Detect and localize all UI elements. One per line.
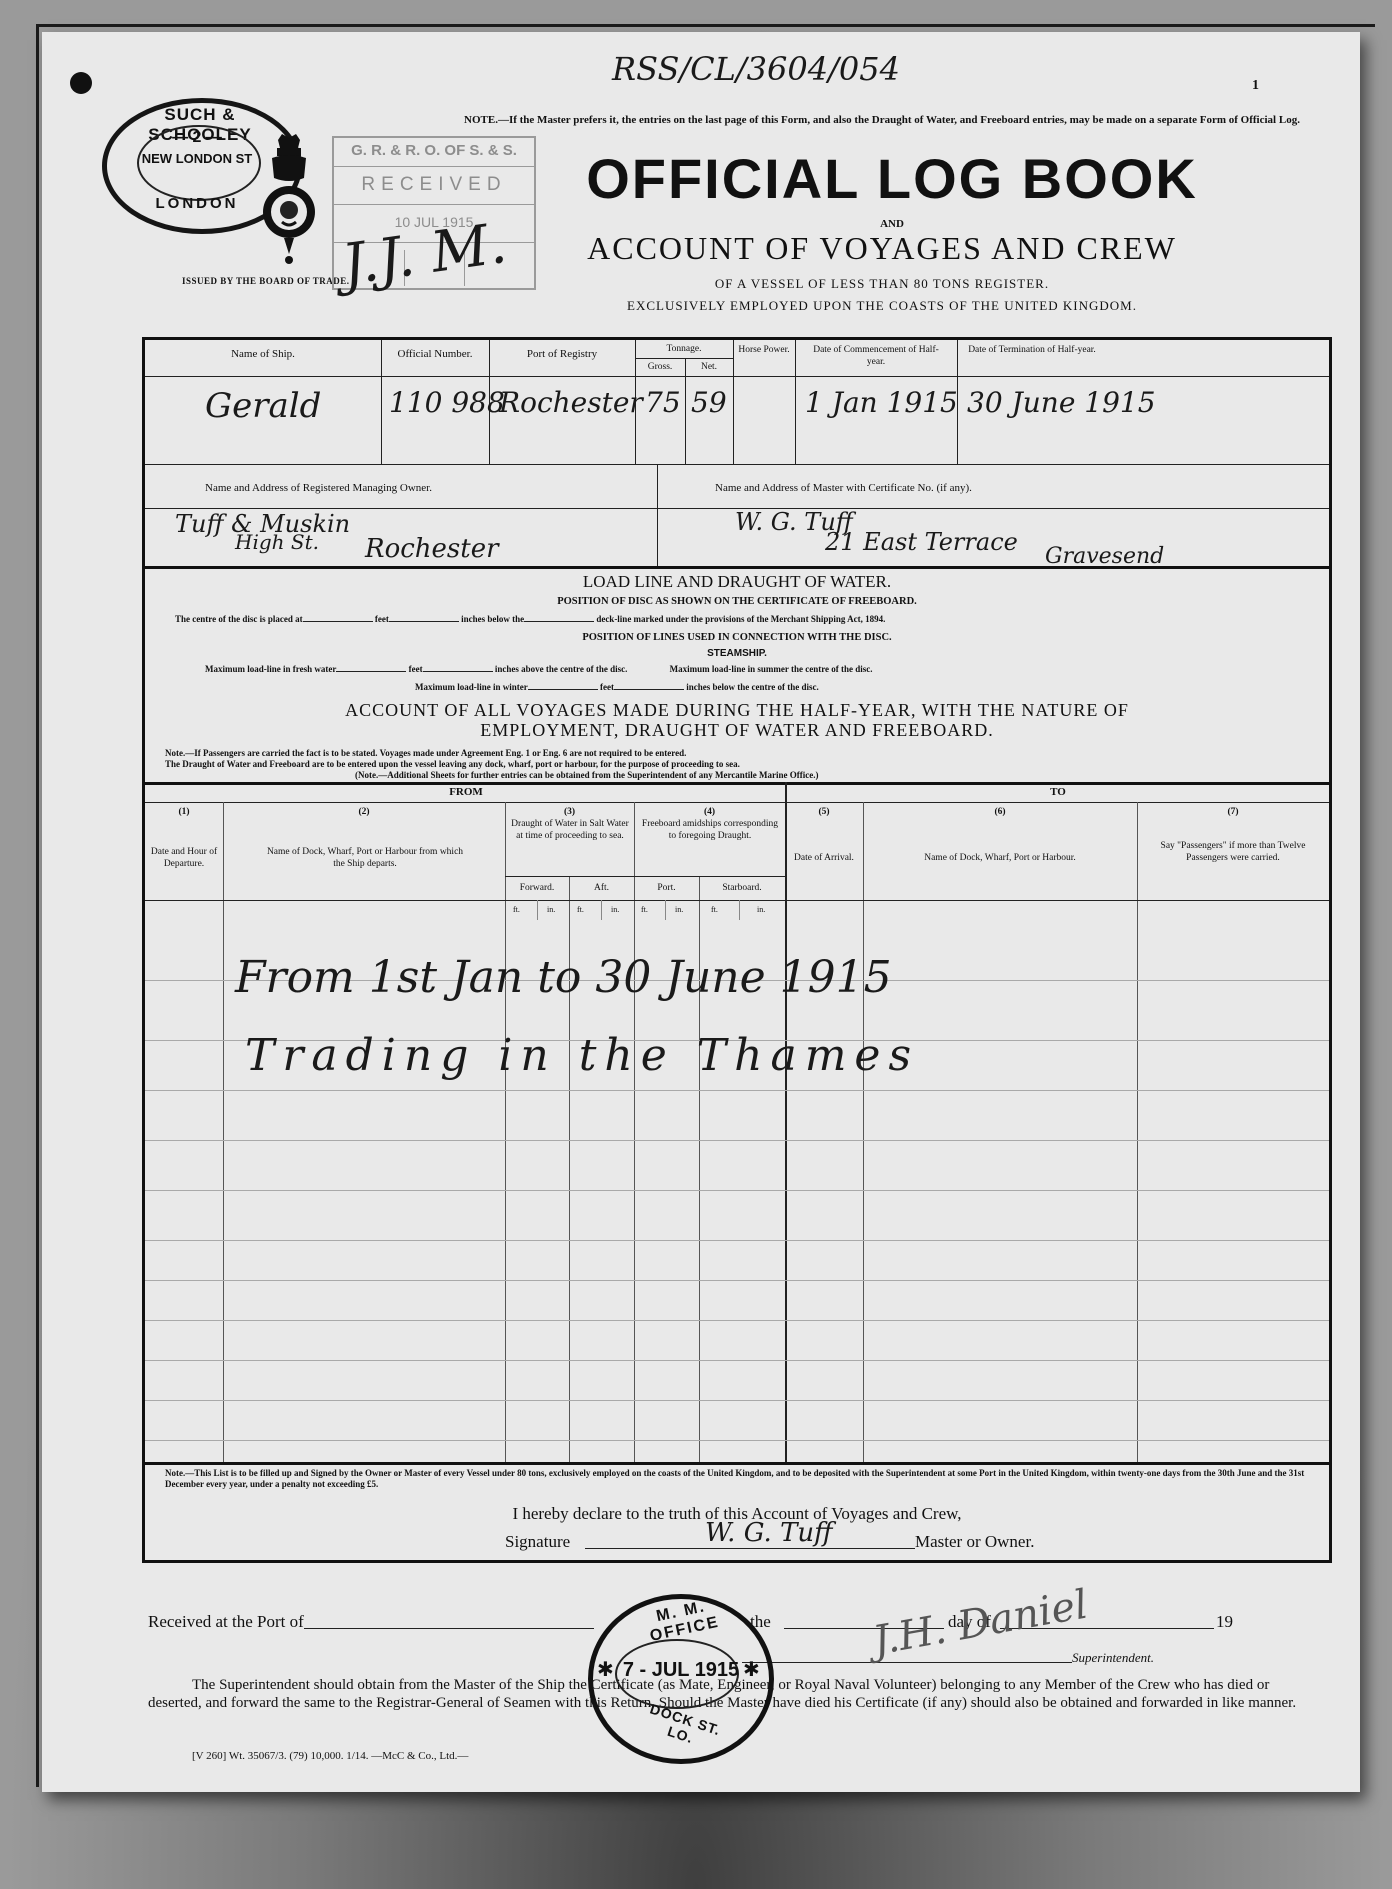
col-1-label: Date and Hour of Departure. xyxy=(149,846,219,870)
signature-value: W. G. Tuff xyxy=(705,1518,833,1548)
col-3-num: (3) xyxy=(505,806,634,818)
winter-line: Maximum load-line in winter feet inches … xyxy=(415,682,1215,692)
title-and: AND xyxy=(512,218,1272,230)
voyages-note-2: The Draught of Water and Freeboard are t… xyxy=(165,759,740,769)
fresh-feet-field[interactable] xyxy=(336,671,406,672)
master-label: Name and Address of Master with Certific… xyxy=(715,482,1155,495)
master-address-value: 21 East Terrace xyxy=(825,528,1018,556)
col-5-label: Date of Arrival. xyxy=(793,852,855,864)
owner-street-value: High St. xyxy=(235,530,319,554)
col-4-label: Freeboard amidships corresponding to for… xyxy=(638,818,782,842)
unit-ft: ft. xyxy=(711,904,718,916)
header-name-of-ship: Name of Ship. xyxy=(145,348,381,361)
form-frame: Name of Ship. Official Number. Port of R… xyxy=(142,337,1332,1563)
disc-feet-field[interactable] xyxy=(303,621,373,622)
superintendent-signature-line[interactable] xyxy=(742,1662,1072,1663)
issued-by-label: ISSUED BY THE BOARD OF TRADE. xyxy=(182,276,350,286)
disc-inches-field[interactable] xyxy=(389,621,459,622)
col-2-num: (2) xyxy=(223,806,505,818)
royal-crest-icon xyxy=(260,132,318,282)
disc-line-text-d: deck-line marked under the provisions of… xyxy=(596,614,885,624)
page-title: OFFICIAL LOG BOOK xyxy=(512,146,1272,211)
disc-line-text-a: The centre of the disc is placed at xyxy=(175,614,303,624)
sub-port: Port. xyxy=(634,882,699,894)
header-horse-power: Horse Power. xyxy=(733,344,795,356)
unit-ft: ft. xyxy=(513,904,520,916)
fresh-water-line: Maximum load-line in fresh water feet in… xyxy=(205,664,1315,674)
col-5-num: (5) xyxy=(785,806,863,818)
master-or-owner-label: Master or Owner. xyxy=(915,1532,1034,1552)
archive-reference: RSS/CL/3604/054 xyxy=(612,50,900,88)
unit-ft: ft. xyxy=(641,904,648,916)
superintendent-label: Superintendent. xyxy=(1072,1650,1154,1666)
disc-line-text-b: feet xyxy=(375,614,389,624)
disc-position-line: The centre of the disc is placed at feet… xyxy=(175,614,1325,624)
lines-heading: POSITION OF LINES USED IN CONNECTION WIT… xyxy=(145,632,1329,643)
punch-hole xyxy=(70,72,92,94)
received-stamp-office: G. R. & R. O. OF S. & S. xyxy=(334,142,534,167)
winter-text-b: feet xyxy=(600,682,614,692)
fresh-text-b: feet xyxy=(409,664,423,674)
header-tonnage: Tonnage. xyxy=(635,343,733,355)
voyages-title-line1: ACCOUNT OF ALL VOYAGES MADE DURING THE H… xyxy=(145,700,1329,721)
col-2-label: Name of Dock, Wharf, Port or Harbour fro… xyxy=(265,846,465,870)
fresh-text-c: inches above the centre of the disc. xyxy=(495,664,628,674)
commencement-date-value: 1 Jan 1915 xyxy=(805,386,958,419)
signature-label: Signature xyxy=(505,1532,570,1552)
ship-name-value: Gerald xyxy=(205,386,321,426)
voyage-entry-period: From 1st Jan to 30 June 1915 xyxy=(235,952,892,1003)
owner-town-value: Rochester xyxy=(365,534,499,564)
winter-inches-field[interactable] xyxy=(614,689,684,690)
port-of-registry-value: Rochester xyxy=(499,386,643,419)
header-date-termination: Date of Termination of Half-year. xyxy=(967,344,1097,356)
to-heading: TO xyxy=(787,786,1329,798)
header-gross: Gross. xyxy=(635,361,685,373)
received-port-field[interactable] xyxy=(304,1628,594,1629)
disc-deck-field[interactable] xyxy=(524,621,594,622)
sub-aft: Aft. xyxy=(569,882,634,894)
col-1-num: (1) xyxy=(145,806,223,818)
unit-ft: ft. xyxy=(577,904,584,916)
winter-feet-field[interactable] xyxy=(528,689,598,690)
printer-line: [V 260] Wt. 35067/3. (79) 10,000. 1/14. … xyxy=(192,1750,468,1762)
col-4-num: (4) xyxy=(634,806,785,818)
voyage-entry-employment: Trading in the Thames xyxy=(245,1030,919,1081)
termination-date-value: 30 June 1915 xyxy=(967,386,1156,419)
mercantile-marine-office-postmark: M. M. OFFICE ✱ 7 - JUL 1915 ✱ DOCK ST. L… xyxy=(588,1594,774,1764)
header-official-number: Official Number. xyxy=(381,348,489,361)
fresh-inches-field[interactable] xyxy=(423,671,493,672)
employment-note: EXCLUSIVELY EMPLOYED UPON THE COASTS OF … xyxy=(462,298,1302,314)
col-6-num: (6) xyxy=(863,806,1137,818)
voyages-note-3: (Note.—Additional Sheets for further ent… xyxy=(355,770,819,780)
col-7-label: Say "Passengers" if more than Twelve Pas… xyxy=(1145,840,1321,864)
voyages-note-1: Note.—If Passengers are carried the fact… xyxy=(165,748,686,758)
received-stamp-status: RECEIVED xyxy=(334,174,534,205)
vessel-class-note: OF A VESSEL OF LESS THAN 80 TONS REGISTE… xyxy=(462,276,1302,292)
net-tonnage-value: 59 xyxy=(691,386,727,419)
footer-note: Note.—This List is to be filled up and S… xyxy=(165,1468,1315,1490)
superintendent-initials: J.H. Daniel xyxy=(870,1582,1092,1665)
signature-line[interactable] xyxy=(585,1548,915,1549)
unit-in: in. xyxy=(757,904,765,916)
master-town-value: Gravesend xyxy=(1045,544,1164,569)
load-line-title: LOAD LINE AND DRAUGHT OF WATER. xyxy=(145,572,1329,592)
col-7-num: (7) xyxy=(1137,806,1329,818)
page-number: 1 xyxy=(1252,78,1259,94)
owner-label: Name and Address of Registered Managing … xyxy=(205,482,565,495)
unit-in: in. xyxy=(675,904,683,916)
received-port-label: Received at the Port of xyxy=(148,1612,304,1632)
star-icon: ✱ xyxy=(743,1657,760,1681)
gross-tonnage-value: 75 xyxy=(645,386,681,419)
from-heading: FROM xyxy=(145,786,787,798)
sub-forward: Forward. xyxy=(505,882,569,894)
year-prefix: 19 xyxy=(1216,1612,1233,1632)
unit-in: in. xyxy=(547,904,555,916)
summer-text: Maximum load-line in summer the centre o… xyxy=(670,664,873,674)
disc-line-text-c: inches below the xyxy=(461,614,524,624)
log-book-page: RSS/CL/3604/054 1 SUCH & SCHOOLEY — 2 — … xyxy=(42,32,1360,1792)
header-note: NOTE.—If the Master prefers it, the entr… xyxy=(462,114,1302,127)
winter-text-c: inches below the centre of the disc. xyxy=(686,682,819,692)
official-number-value: 110 988 xyxy=(389,386,505,419)
sub-starboard: Starboard. xyxy=(699,882,785,894)
voyages-title-line2: EMPLOYMENT, DRAUGHT OF WATER AND FREEBOA… xyxy=(145,720,1329,741)
page-subtitle: ACCOUNT OF VOYAGES AND CREW xyxy=(462,230,1302,267)
header-date-commencement: Date of Commencement of Half-year. xyxy=(805,344,947,368)
unit-in: in. xyxy=(611,904,619,916)
header-net: Net. xyxy=(685,361,733,373)
header-port-of-registry: Port of Registry xyxy=(489,348,635,361)
col-3-label: Draught of Water in Salt Water at time o… xyxy=(509,818,631,842)
winter-text-a: Maximum load-line in winter xyxy=(415,682,528,692)
fresh-text-a: Maximum load-line in fresh water xyxy=(205,664,336,674)
disc-heading: POSITION OF DISC AS SHOWN ON THE CERTIFI… xyxy=(145,596,1329,607)
steamship-heading: STEAMSHIP. xyxy=(145,648,1329,659)
col-6-label: Name of Dock, Wharf, Port or Harbour. xyxy=(905,852,1095,864)
